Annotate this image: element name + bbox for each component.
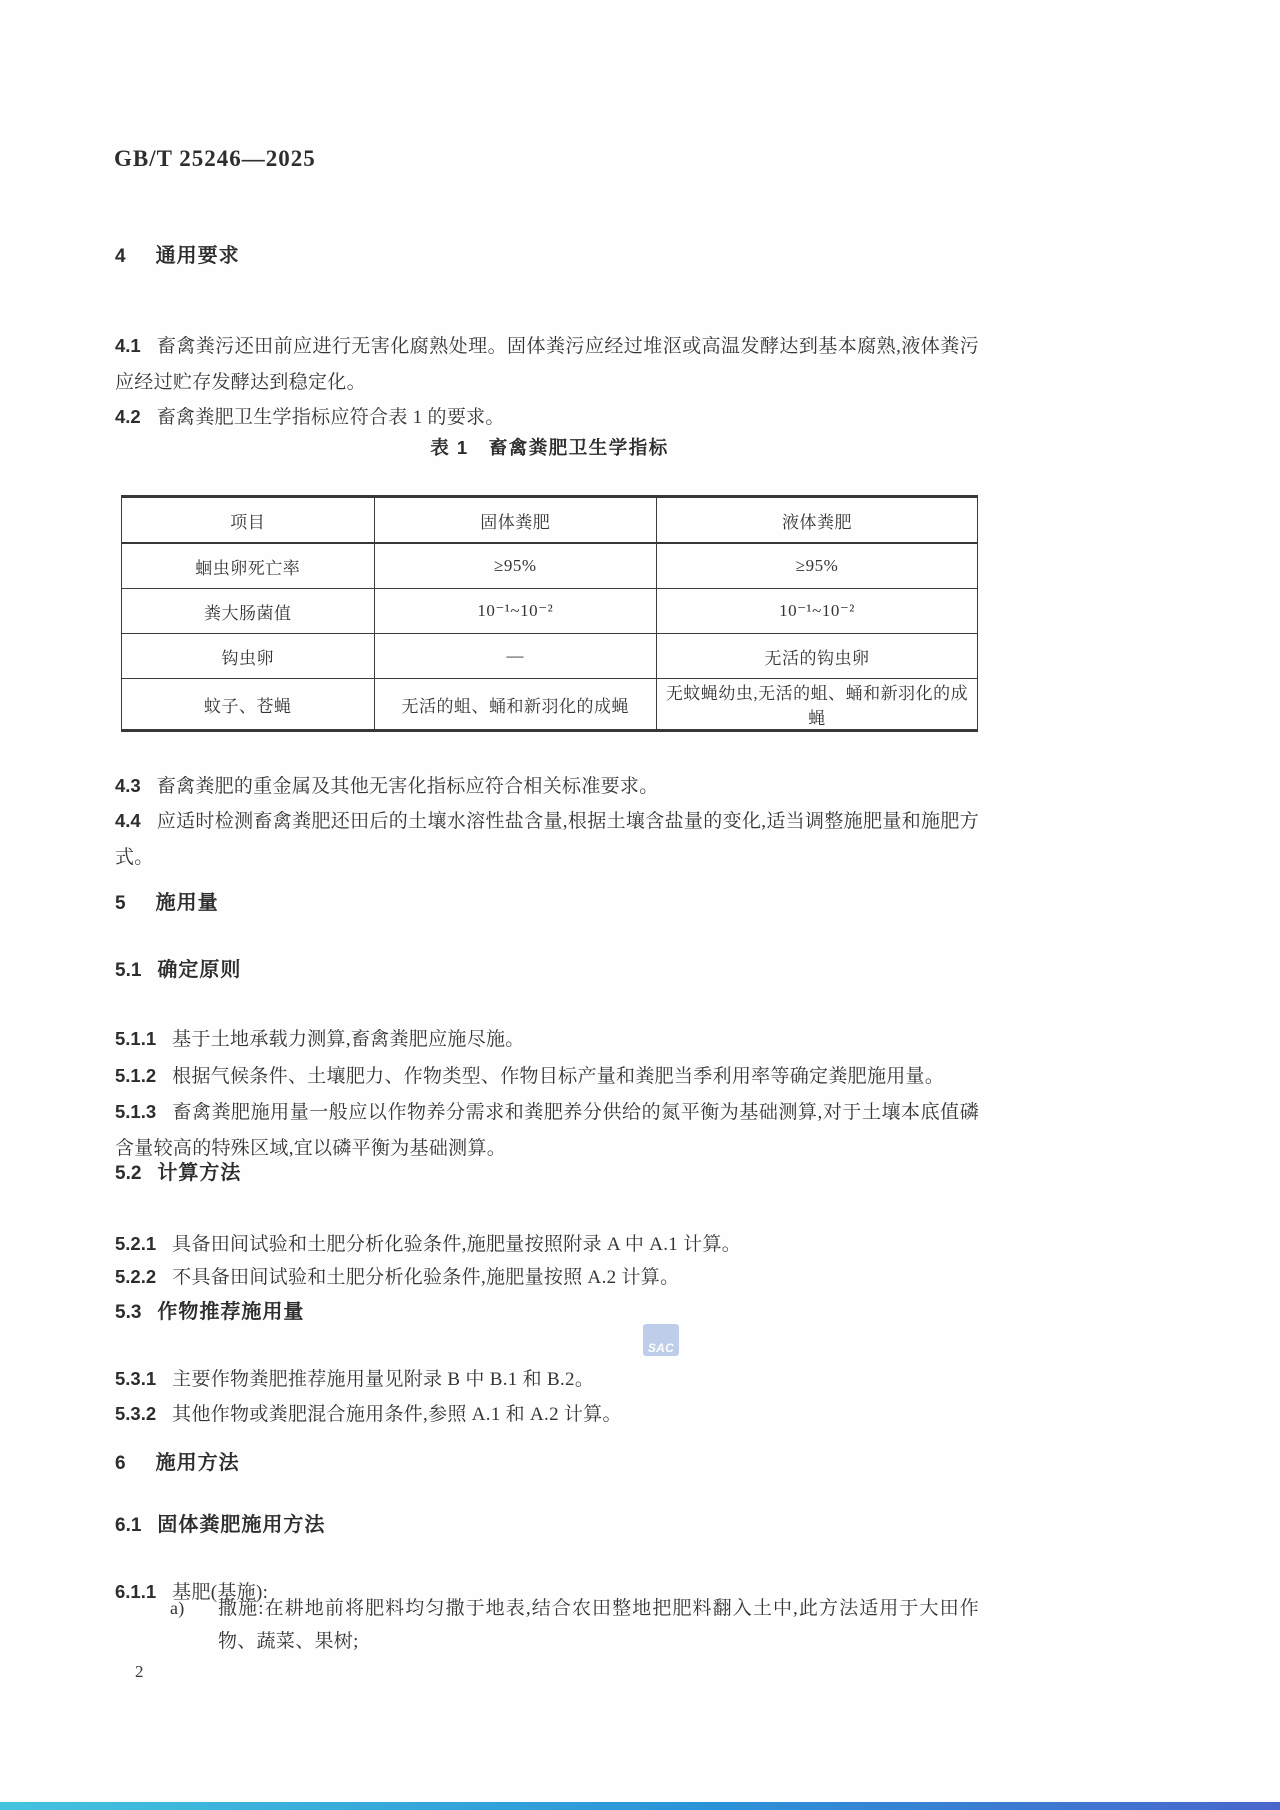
section-5-1-heading: 5.1确定原则	[115, 952, 979, 989]
clause-number: 5.1.2	[115, 1065, 156, 1086]
clause-text: 基于土地承载力测算,畜禽粪肥应施尽施。	[172, 1029, 524, 1050]
clause-text: 主要作物粪肥推荐施用量见附录 B 中 B.1 和 B.2。	[172, 1369, 594, 1390]
section-4-heading: 4通用要求	[115, 238, 979, 275]
clause-text: 畜禽粪肥卫生学指标应符合表 1 的要求。	[157, 407, 505, 428]
footer-accent-bar	[0, 1802, 1280, 1810]
table-header-cell: 项目	[122, 497, 375, 544]
clause-5-3-1: 5.3.1主要作物粪肥推荐施用量见附录 B 中 B.1 和 B.2。	[115, 1361, 979, 1398]
table-cell: ≥95%	[374, 543, 656, 589]
table-header-row: 项目 固体粪肥 液体粪肥	[122, 497, 978, 544]
clause-text: 具备田间试验和土肥分析化验条件,施肥量按照附录 A 中 A.1 计算。	[172, 1234, 741, 1255]
section-number: 5.1	[115, 953, 141, 989]
section-title: 施用量	[156, 892, 219, 914]
section-title: 作物推荐施用量	[157, 1301, 304, 1323]
clause-number: 5.2.2	[115, 1266, 156, 1287]
section-number: 5.2	[115, 1156, 141, 1192]
section-number: 6	[115, 1446, 126, 1482]
clause-4-1: 4.1畜禽粪污还田前应进行无害化腐熟处理。固体粪污应经过堆沤或高温发酵达到基本腐…	[115, 328, 979, 401]
section-number: 5.3	[115, 1295, 141, 1331]
table-header-cell: 液体粪肥	[656, 497, 977, 544]
table-row: 粪大肠菌值 10⁻¹~10⁻² 10⁻¹~10⁻²	[122, 589, 978, 634]
table-cell: 10⁻¹~10⁻²	[374, 589, 656, 634]
clause-4-4: 4.4应适时检测畜禽粪肥还田后的土壤水溶性盐含量,根据土壤含盐量的变化,适当调整…	[115, 803, 979, 876]
page-number: 2	[135, 1662, 144, 1682]
clause-5-3-2: 5.3.2其他作物或粪肥混合施用条件,参照 A.1 和 A.2 计算。	[115, 1396, 979, 1433]
clause-text: 根据气候条件、土壤肥力、作物类型、作物目标产量和粪肥当季利用率等确定粪肥施用量。	[172, 1066, 944, 1087]
section-title: 施用方法	[156, 1452, 240, 1474]
document-page: SAC GB/T 25246—2025 4通用要求 4.1畜禽粪污还田前应进行无…	[0, 0, 1280, 1810]
section-5-2-heading: 5.2计算方法	[115, 1155, 979, 1192]
clause-number: 5.1.1	[115, 1028, 156, 1049]
clause-text: 畜禽粪肥施用量一般应以作物养分需求和粪肥养分供给的氮平衡为基础测算,对于土壤本底…	[115, 1102, 979, 1159]
clause-number: 5.3.1	[115, 1368, 156, 1389]
section-title: 计算方法	[157, 1162, 241, 1184]
sac-watermark-text: SAC	[648, 1341, 674, 1356]
table-cell: 粪大肠菌值	[122, 589, 375, 634]
clause-text: 其他作物或粪肥混合施用条件,参照 A.1 和 A.2 计算。	[172, 1404, 622, 1425]
table-cell: 无蚊蝇幼虫,无活的蛆、蛹和新羽化的成蝇	[656, 679, 977, 731]
clause-4-2: 4.2畜禽粪肥卫生学指标应符合表 1 的要求。	[115, 399, 979, 436]
section-number: 4	[115, 239, 126, 275]
clause-number: 4.4	[115, 810, 141, 831]
clause-5-1-1: 5.1.1基于土地承载力测算,畜禽粪肥应施尽施。	[115, 1021, 979, 1058]
list-item-marker: a)	[170, 1592, 185, 1625]
section-5-3-heading: 5.3作物推荐施用量	[115, 1294, 979, 1331]
clause-5-2-2: 5.2.2不具备田间试验和土肥分析化验条件,施肥量按照 A.2 计算。	[115, 1259, 979, 1296]
section-6-1-heading: 6.1固体粪肥施用方法	[115, 1507, 979, 1544]
clause-text: 畜禽粪污还田前应进行无害化腐熟处理。固体粪污应经过堆沤或高温发酵达到基本腐熟,液…	[115, 336, 979, 393]
clause-text: 畜禽粪肥的重金属及其他无害化指标应符合相关标准要求。	[157, 776, 659, 797]
section-number: 5	[115, 886, 126, 922]
section-title: 通用要求	[156, 245, 240, 267]
table-header-cell: 固体粪肥	[374, 497, 656, 544]
section-title: 固体粪肥施用方法	[157, 1514, 325, 1536]
table-cell: 无活的钩虫卵	[656, 634, 977, 679]
table-row: 钩虫卵 — 无活的钩虫卵	[122, 634, 978, 679]
clause-4-3: 4.3畜禽粪肥的重金属及其他无害化指标应符合相关标准要求。	[115, 768, 979, 805]
table-1: 项目 固体粪肥 液体粪肥 蛔虫卵死亡率 ≥95% ≥95% 粪大肠菌值 10⁻¹…	[121, 495, 978, 732]
list-item-text: 撒施:在耕地前将肥料均匀撒于地表,结合农田整地把肥料翻入土中,此方法适用于大田作…	[218, 1598, 979, 1652]
section-number: 6.1	[115, 1508, 141, 1544]
clause-number: 4.2	[115, 406, 141, 427]
table-cell: 无活的蛆、蛹和新羽化的成蝇	[374, 679, 656, 731]
clause-number: 5.1.3	[115, 1101, 156, 1122]
clause-number: 5.3.2	[115, 1403, 156, 1424]
clause-number: 4.3	[115, 775, 141, 796]
clause-text: 不具备田间试验和土肥分析化验条件,施肥量按照 A.2 计算。	[172, 1267, 679, 1288]
clause-number: 4.1	[115, 335, 141, 356]
clause-5-1-2: 5.1.2根据气候条件、土壤肥力、作物类型、作物目标产量和粪肥当季利用率等确定粪…	[115, 1058, 979, 1095]
table-cell: 蚊子、苍蝇	[122, 679, 375, 731]
table-cell: 钩虫卵	[122, 634, 375, 679]
clause-5-2-1: 5.2.1具备田间试验和土肥分析化验条件,施肥量按照附录 A 中 A.1 计算。	[115, 1226, 979, 1263]
standard-code: GB/T 25246—2025	[114, 146, 316, 172]
list-item-a: a) 撒施:在耕地前将肥料均匀撒于地表,结合农田整地把肥料翻入土中,此方法适用于…	[115, 1592, 979, 1658]
section-5-heading: 5施用量	[115, 885, 979, 922]
table-cell: 蛔虫卵死亡率	[122, 543, 375, 589]
clause-text: 应适时检测畜禽粪肥还田后的土壤水溶性盐含量,根据土壤含盐量的变化,适当调整施肥量…	[115, 811, 979, 868]
section-6-heading: 6施用方法	[115, 1445, 979, 1482]
clause-number: 5.2.1	[115, 1233, 156, 1254]
table-cell: ≥95%	[656, 543, 977, 589]
table-row: 蛔虫卵死亡率 ≥95% ≥95%	[122, 543, 978, 589]
table-row: 蚊子、苍蝇 无活的蛆、蛹和新羽化的成蝇 无蚊蝇幼虫,无活的蛆、蛹和新羽化的成蝇	[122, 679, 978, 731]
table-1-title: 表 1 畜禽粪肥卫生学指标	[121, 434, 978, 460]
section-title: 确定原则	[157, 959, 241, 981]
table-cell: —	[374, 634, 656, 679]
table-cell: 10⁻¹~10⁻²	[656, 589, 977, 634]
